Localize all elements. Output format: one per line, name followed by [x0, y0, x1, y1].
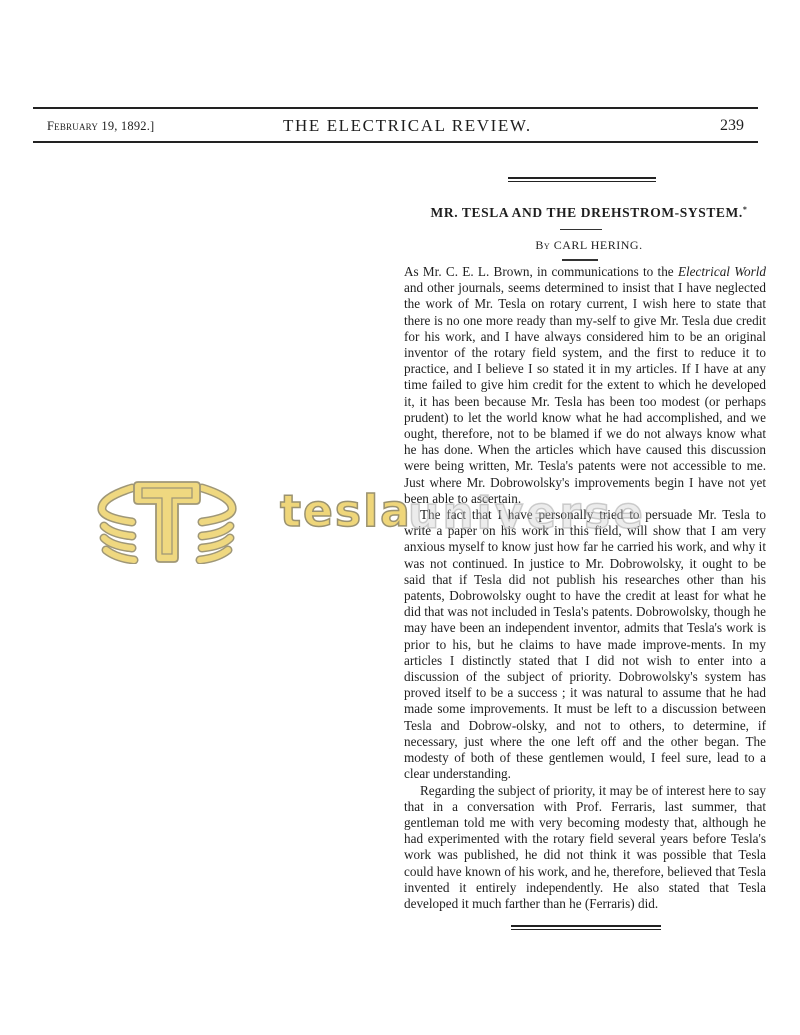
byline: By CARL HERING. [400, 238, 778, 253]
page-number: 239 [720, 117, 758, 135]
byline-prefix: By [535, 238, 550, 252]
header-bottom-rule [33, 141, 758, 143]
section-divider-top [508, 177, 656, 179]
tesla-coil-t-logo-icon [92, 478, 242, 564]
title-separator [560, 229, 602, 230]
running-header: February 19, 1892.] THE ELECTRICAL REVIE… [33, 113, 758, 139]
watermark-brand-universe: universe [408, 492, 646, 536]
publication-title: THE ELECTRICAL REVIEW. [227, 116, 720, 136]
paragraph-2: The fact that I have personally tried to… [404, 507, 766, 782]
paragraph-3: Regarding the subject of priority, it ma… [404, 783, 766, 913]
section-divider-bottom-thin [511, 929, 661, 930]
footnote-mark: * [743, 205, 748, 214]
watermark-brand-tesla: tesla [280, 490, 412, 534]
byline-separator [562, 259, 598, 261]
section-divider-bottom [511, 925, 661, 927]
article-body: As Mr. C. E. L. Brown, in communications… [404, 264, 766, 912]
author-name: CARL HERING. [554, 238, 643, 252]
section-divider-top-thin [508, 181, 656, 182]
issue-date: February 19, 1892.] [33, 119, 227, 134]
article-title: MR. TESLA AND THE DREHSTROM-SYSTEM.* [400, 205, 778, 221]
paragraph-1: As Mr. C. E. L. Brown, in communications… [404, 264, 766, 507]
header-top-rule [33, 107, 758, 109]
journal-name: Electrical World [678, 264, 766, 279]
